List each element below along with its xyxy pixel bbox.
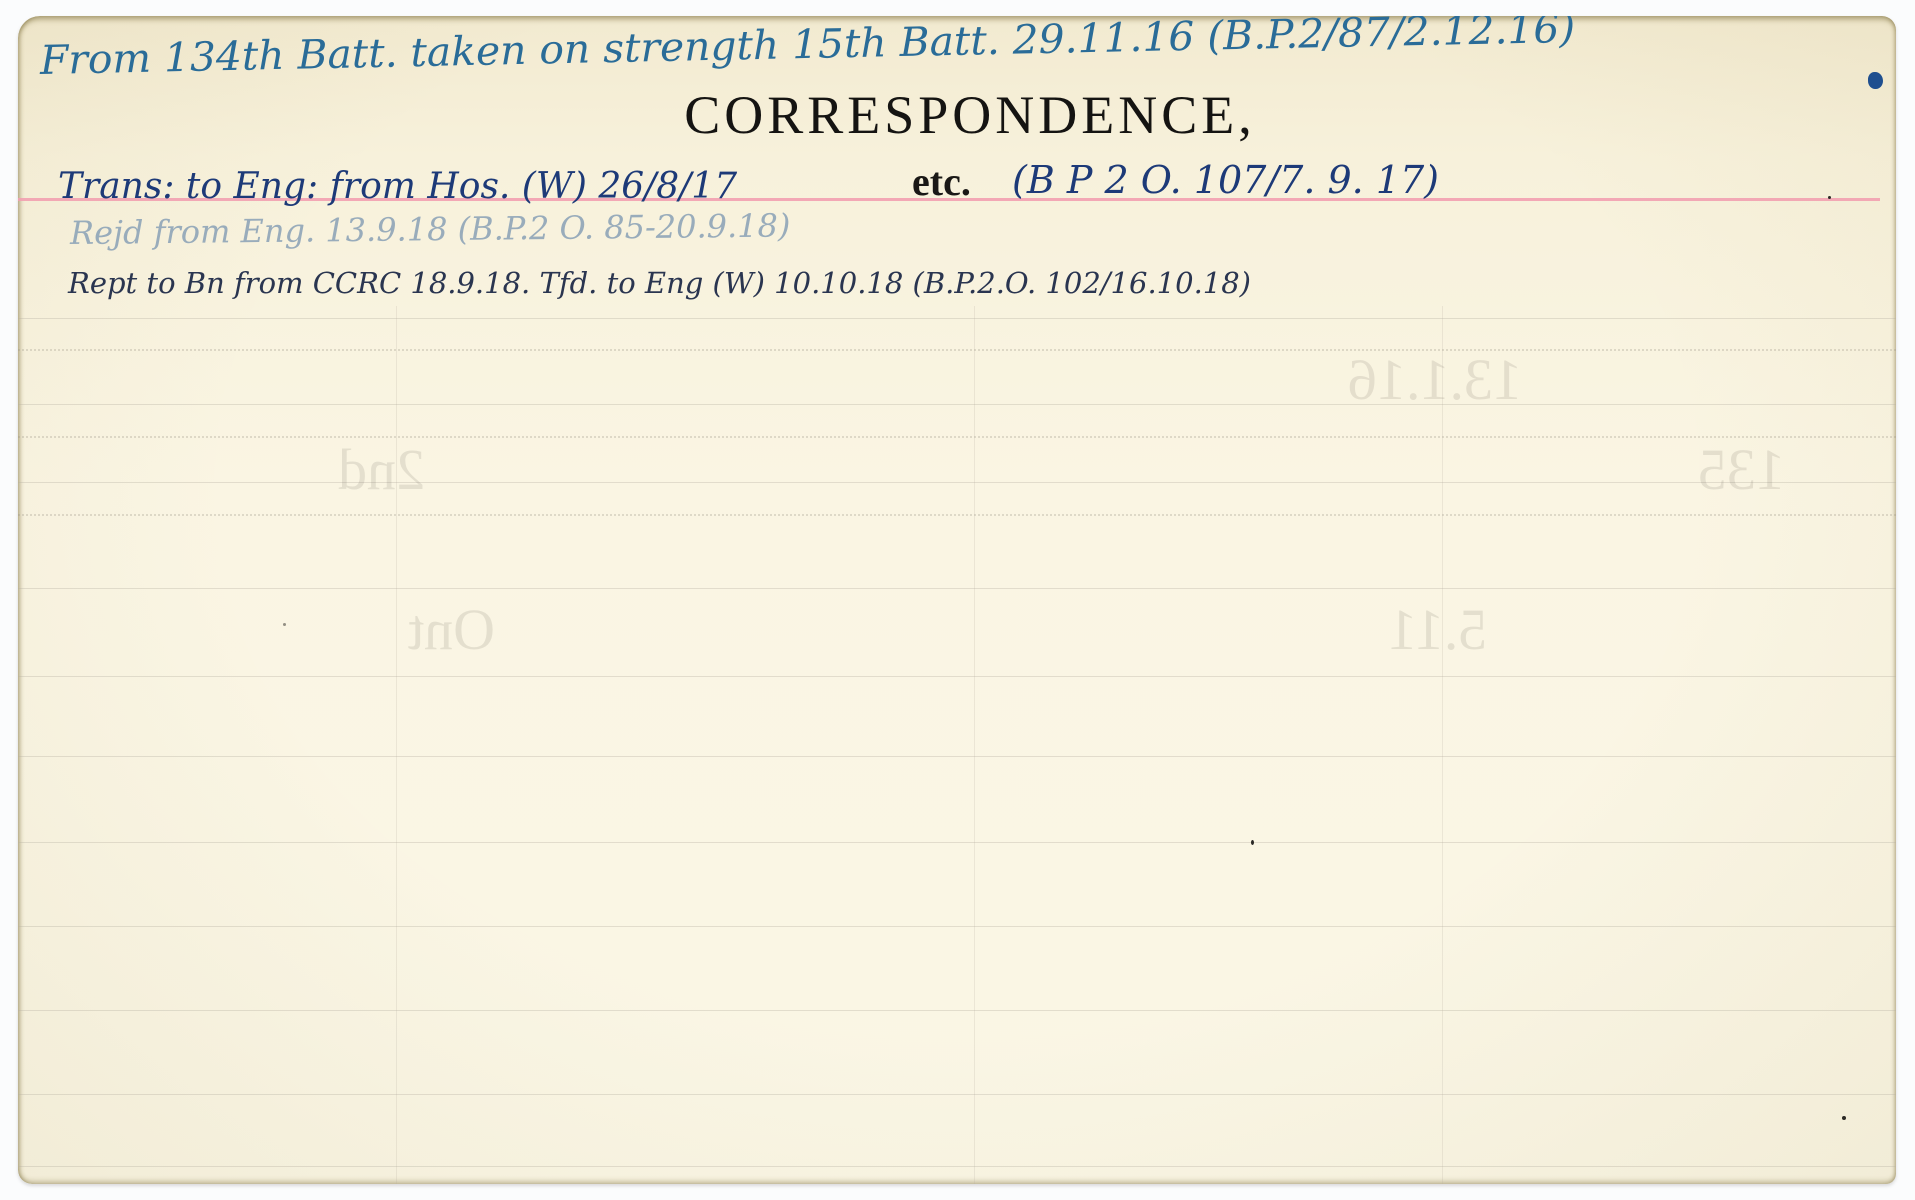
ruled-line-dotted <box>18 514 1896 516</box>
speck <box>1251 840 1254 845</box>
entry-reported-ccrc: Rept to Bn from CCRC 18.9.18. Tfd. to En… <box>68 266 1251 300</box>
ruled-line <box>18 676 1896 677</box>
ruled-line <box>18 404 1896 405</box>
ruled-line <box>18 1166 1896 1167</box>
entry-taken-on-strength: From 134th Batt. taken on strength 15th … <box>40 16 1576 84</box>
entry-transfer-reference: (B P 2 O. 107/7. 9. 17) <box>1012 158 1439 202</box>
scan-stage: 13.1.16 2nd 135 5.11 Ont CORRESPONDENCE,… <box>0 0 1915 1200</box>
ruled-line-dotted <box>18 349 1896 351</box>
entry-transfer-england: Trans: to Eng: from Hos. (W) 26/8/17 <box>58 166 737 207</box>
show-through-text: Ont <box>408 596 495 663</box>
speck <box>1842 1116 1846 1120</box>
ruled-line <box>18 588 1896 589</box>
show-through-text: 13.1.16 <box>1348 346 1522 413</box>
ink-blot-icon <box>1868 72 1883 89</box>
ruled-line <box>18 318 1896 319</box>
ruled-line <box>18 756 1896 757</box>
ruled-line-dotted <box>18 436 1896 438</box>
show-through-text: 2nd <box>338 436 425 503</box>
speck <box>1828 196 1831 199</box>
ruled-line <box>18 842 1896 843</box>
entry-rejoined: Rejd from Eng. 13.9.18 (B.P.2 O. 85-20.9… <box>70 206 791 252</box>
ruled-line <box>18 926 1896 927</box>
printed-etc: etc. <box>912 158 971 205</box>
ruled-line <box>18 482 1896 483</box>
show-through-text: 5.11 <box>1388 596 1487 663</box>
heading-correspondence: CORRESPONDENCE, <box>630 84 1310 146</box>
ruled-column <box>1442 306 1443 1184</box>
show-through-text: 135 <box>1698 436 1785 503</box>
record-card: 13.1.16 2nd 135 5.11 Ont CORRESPONDENCE,… <box>18 16 1896 1184</box>
ruled-column <box>974 306 975 1184</box>
ruled-line <box>18 1094 1896 1095</box>
speck <box>283 623 286 626</box>
ruled-line <box>18 1010 1896 1011</box>
